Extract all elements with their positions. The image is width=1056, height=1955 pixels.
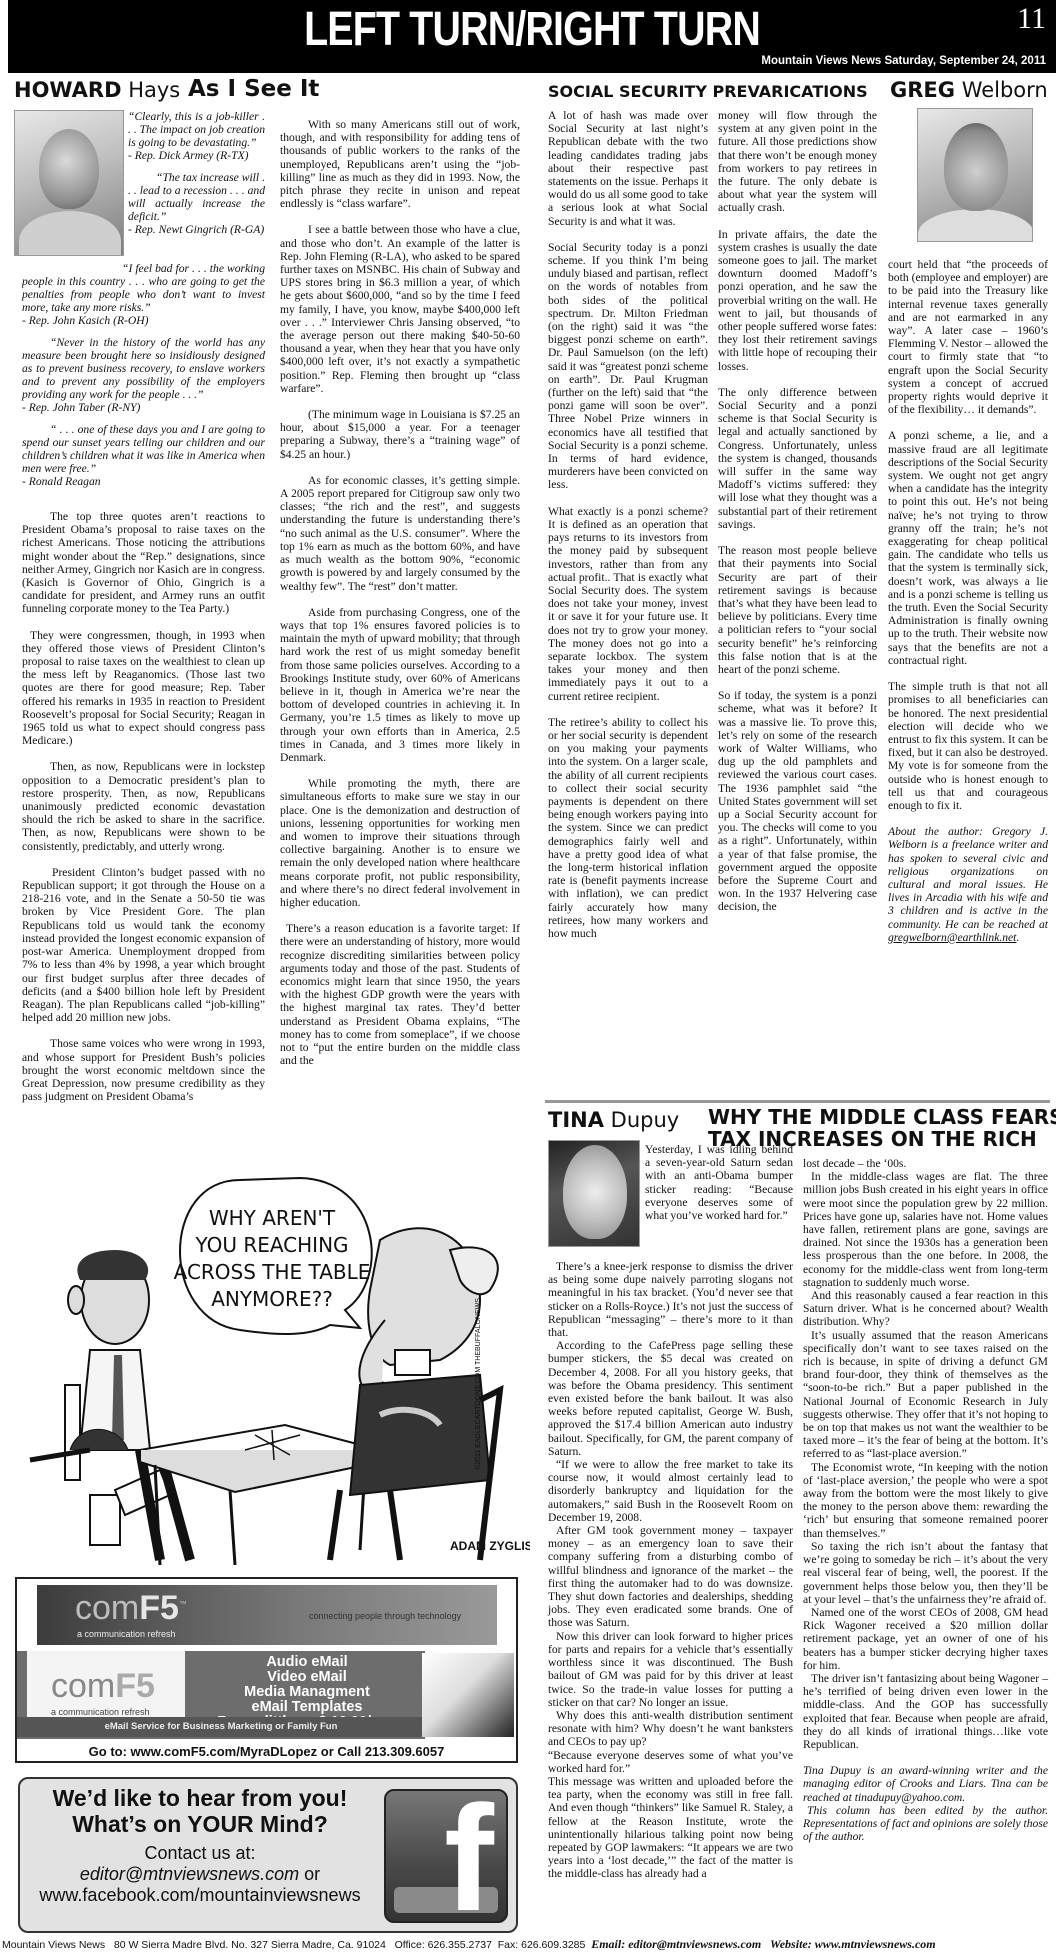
paragraph: (The minimum wage in Louisiana is $7.25 …: [280, 408, 520, 461]
photo-shoulders: [19, 211, 121, 256]
paragraph: President Clinton’s budget passed with n…: [22, 866, 265, 1024]
photo-shoulders: [918, 209, 1033, 242]
column-name: As I See It: [188, 76, 319, 102]
page-footer: Mountain Views News 80 W Sierra Madre Bl…: [0, 1937, 1056, 1952]
welborn-headline: SOCIAL SECURITY PREVARICATIONS: [548, 82, 868, 101]
welborn-column-2: money will flow through the system at an…: [718, 109, 877, 927]
paragraph: So if today, the system is a ponzi schem…: [718, 689, 877, 913]
cartoon-illustration: WHY AREN'T YOU REACHING ACROSS THE TABLE…: [10, 1150, 530, 1570]
paragraph: According to the CafePress page selling …: [548, 1339, 793, 1458]
footer-paper: Mountain Views News: [2, 1939, 105, 1951]
paragraph: There’s a reason education is a favorite…: [280, 922, 520, 1067]
paragraph: The reason most people believe that thei…: [718, 544, 877, 676]
quote-attribution: - Rep. Dick Armey (R-TX): [128, 149, 249, 162]
photo-head: [944, 123, 1008, 211]
author-email-link[interactable]: gregwelborn@earthlink.net: [888, 931, 1016, 944]
contact-label: Contact us at:: [20, 1843, 380, 1864]
byline-last: Welborn: [962, 78, 1048, 102]
paragraph: Then, as now, Republicans were in lockst…: [22, 760, 265, 852]
dupuy-photo: [548, 1140, 640, 1247]
paragraph: Those same voices who were wrong in 1993…: [22, 1037, 265, 1103]
facebook-icon[interactable]: f: [384, 1789, 508, 1923]
ad-strip: eMail Service for Business Marketing or …: [17, 1717, 425, 1737]
paragraph: With so many Americans still out of work…: [280, 118, 520, 210]
paragraph: In the middle-class wages are flat. The …: [803, 1170, 1048, 1289]
cartoonist-signature: ADAM ZYGLIS: [450, 1539, 530, 1553]
hays-byline: HOWARD Hays: [14, 78, 180, 102]
contact-headline: We’d like to hear from you! What’s on YO…: [20, 1785, 380, 1837]
welborn-column-3: court held that “the proceeds of both (e…: [888, 258, 1048, 957]
quote-block-bottom: “I feel bad for . . . the working people…: [22, 262, 265, 488]
ad-banner-top: comF5™ a communication refresh connectin…: [37, 1585, 497, 1645]
feature-item: Audio eMail: [193, 1655, 421, 1670]
comf5-logo-large: comF5: [51, 1667, 155, 1706]
paragraph: After GM took government money – taxpaye…: [548, 1524, 793, 1630]
paragraph: And this reasonably caused a fear reacti…: [803, 1289, 1048, 1329]
quote-text: “I feel bad for . . . the working people…: [22, 262, 265, 314]
author-bio: About the author: Gregory J. Welborn is …: [888, 825, 1048, 944]
paragraph: While promoting the myth, there are simu…: [280, 777, 520, 909]
paragraph: court held that “the proceeds of both (e…: [888, 258, 1048, 416]
paragraph: Aside from purchasing Congress, one of t…: [280, 606, 520, 764]
section-divider: [545, 1100, 1050, 1103]
quote-attribution: - Rep. Newt Gingrich (R-GA): [128, 223, 264, 236]
quote-text: “Clearly, this is a job-killer . . . The…: [128, 110, 265, 149]
facebook-url-link[interactable]: www.facebook.com/mountainviewsnews: [20, 1885, 380, 1906]
comf5-subtitle: a communication refresh: [77, 1629, 176, 1639]
paragraph: What exactly is a ponzi scheme? It is de…: [548, 505, 708, 703]
dateline: Mountain Views News Saturday, September …: [761, 55, 1046, 67]
paragraph: “Because everyone deserves some of what …: [548, 1749, 793, 1775]
welborn-column-1: A lot of hash was made over Social Secur…: [548, 109, 708, 953]
paragraph: This message was written and uploaded be…: [548, 1775, 793, 1881]
author-disclaimer: This column has been edited by the autho…: [803, 1804, 1048, 1844]
byline-first: TINA: [548, 1108, 604, 1132]
section-title: LEFT TURN/RIGHT TURN: [102, 2, 961, 57]
cartoon-credit: ©2011 EAGLECARTOONS.COM THEBUFFALONEWS: [474, 1298, 482, 1470]
paragraph: A lot of hash was made over Social Secur…: [548, 109, 708, 228]
masthead: LEFT TURN/RIGHT TURN 11 Mountain Views N…: [8, 0, 1056, 73]
contact-email-link[interactable]: editor@mtnviewsnews.com: [80, 1864, 299, 1884]
feature-item: Video eMail: [193, 1670, 421, 1685]
photo-head: [39, 129, 99, 209]
contact-us-box: We’d like to hear from you! What’s on YO…: [18, 1777, 518, 1933]
dupuy-column-2: lost decade – the ‘00s. In the middle-cl…: [803, 1157, 1048, 1856]
speech-line: YOU REACHING: [194, 1233, 348, 1257]
speech-line: ACROSS THE TABLE: [174, 1260, 371, 1284]
quote-attribution: - Ronald Reagan: [22, 475, 101, 488]
feature-item: Media Managment: [193, 1685, 421, 1700]
paragraph: lost decade – the ‘00s.: [803, 1157, 1048, 1170]
paragraph: So taxing the rich isn’t about the fanta…: [803, 1540, 1048, 1606]
paragraph: There’s a knee-jerk response to dismiss …: [548, 1260, 793, 1339]
quote-text: “ . . . one of these days you and I are …: [22, 423, 265, 475]
paragraph: The top three quotes aren’t reactions to…: [22, 510, 265, 616]
hays-column-2: With so many Americans still out of work…: [280, 118, 520, 1080]
paragraph: money will flow through the system at an…: [718, 109, 877, 215]
paragraph: As for economic classes, it’s getting si…: [280, 474, 520, 593]
comf5-advertisement[interactable]: comF5™ a communication refresh connectin…: [15, 1577, 518, 1763]
paragraph: Yesterday, I was idling behind a seven-y…: [645, 1143, 793, 1222]
footer-address: 80 W Sierra Madre Blvd. No. 327 Sierra M…: [114, 1939, 386, 1951]
byline-first: HOWARD: [14, 78, 122, 102]
footer-website[interactable]: Website: www.mtnviewsnews.com: [770, 1937, 936, 1951]
comf5-tagline: connecting people through technology: [309, 1611, 461, 1621]
hays-column-1: The top three quotes aren’t reactions to…: [22, 510, 265, 1116]
paragraph: The Economist wrote, “In keeping with th…: [803, 1461, 1048, 1540]
comf5-subtitle: a communication refresh: [51, 1707, 150, 1717]
paragraph: Social Security today is a ponzi scheme.…: [548, 241, 708, 492]
paragraph: A ponzi scheme, a lie, and a massive fra…: [888, 429, 1048, 667]
ad-call-to-action[interactable]: Go to: www.comF5.com/MyraDLopez or Call …: [17, 1744, 516, 1759]
page-number: 11: [1017, 2, 1046, 36]
dupuy-lead: Yesterday, I was idling behind a seven-y…: [645, 1143, 793, 1235]
paragraph: In private affairs, the date the system …: [718, 228, 877, 373]
paragraph: “If we were to allow the free market to …: [548, 1458, 793, 1524]
speech-line: ANYMORE??: [211, 1287, 333, 1311]
political-cartoon: WHY AREN'T YOU REACHING ACROSS THE TABLE…: [10, 1150, 530, 1570]
paragraph: The simple truth is that not all promise…: [888, 680, 1048, 812]
feature-item: eMail Templates: [193, 1700, 421, 1715]
quote-attribution: - Rep. John Taber (R-NY): [22, 401, 140, 414]
ad-photo-woman-laptop: [422, 1653, 514, 1737]
footer-office: Office: 626.355.2737: [395, 1939, 492, 1951]
byline-last: Dupuy: [611, 1108, 680, 1132]
footer-fax: Fax: 626.609.3285: [498, 1939, 586, 1951]
photo-head: [563, 1145, 627, 1239]
comf5-logo: comF5™: [75, 1589, 187, 1628]
welborn-byline: GREG Welborn: [890, 78, 1048, 102]
paragraph: It’s usually assumed that the reason Ame…: [803, 1329, 1048, 1461]
quote-text: “The tax increase will . . . lead to a r…: [128, 171, 265, 223]
byline-first: GREG: [890, 78, 955, 102]
speech-line: WHY AREN'T: [209, 1206, 336, 1230]
dupuy-byline: TINA Dupuy: [548, 1108, 679, 1132]
facebook-f-glyph: f: [444, 1789, 494, 1923]
paragraph: They were congressmen, though, in 1993 w…: [22, 629, 265, 748]
hays-photo: [14, 110, 124, 256]
quote-attribution: - Rep. John Kasich (R-OH): [22, 314, 149, 327]
footer-email[interactable]: Email: editor@mtnviewsnews.com: [591, 1937, 761, 1951]
author-bio: Tina Dupuy is an award-winning writer an…: [803, 1764, 1048, 1804]
quote-text: “Never in the history of the world has a…: [22, 336, 265, 401]
paragraph: Now this driver can look forward to high…: [548, 1630, 793, 1709]
contact-details: Contact us at: editor@mtnviewsnews.com o…: [20, 1843, 380, 1906]
paragraph: Why does this anti-wealth distribution s…: [548, 1709, 793, 1749]
dupuy-column-1: There’s a knee-jerk response to dismiss …: [548, 1260, 793, 1881]
paragraph: Named one of the worst CEOs of 2008, GM …: [803, 1606, 1048, 1672]
welborn-photo: [917, 108, 1033, 242]
paragraph: The only difference between Social Secur…: [718, 386, 877, 531]
paragraph: I see a battle between those who have a …: [280, 223, 520, 395]
quote-block-top: “Clearly, this is a job-killer . . . The…: [128, 110, 265, 236]
byline-last: Hays: [128, 78, 180, 102]
paragraph: The retiree’s ability to collect his or …: [548, 716, 708, 940]
paragraph: The driver isn’t fantasizing about being…: [803, 1672, 1048, 1751]
